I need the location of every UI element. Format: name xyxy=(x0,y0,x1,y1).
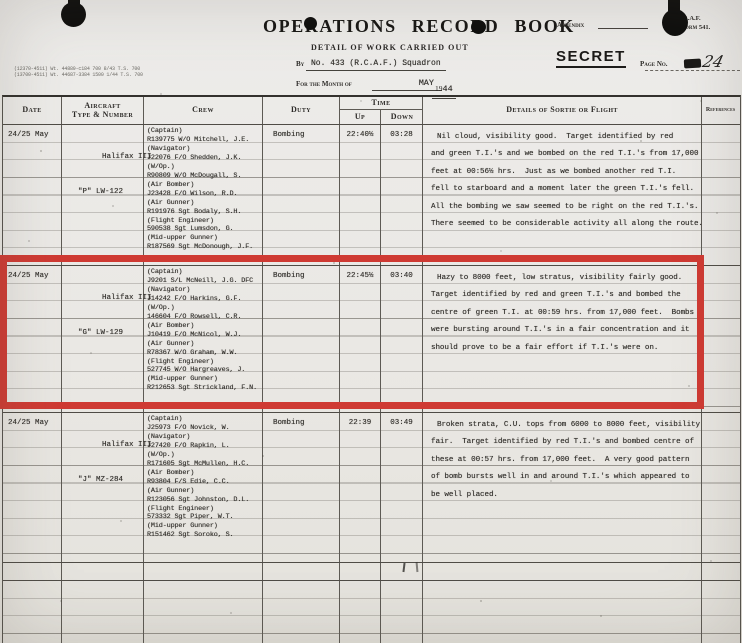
appendix-blank-line xyxy=(598,20,648,29)
table-row-sortie-3: 24/25 May Halifax III "J" MZ-284 (Captai… xyxy=(3,412,740,562)
duty-cell: Bombing xyxy=(263,125,340,265)
details-line: fell to starboard and a moment later the… xyxy=(431,181,701,199)
year-prefix: 19 xyxy=(435,84,443,93)
crew-role: (Navigator) xyxy=(147,433,262,442)
details-cell: Broken strata, C.U. tops from 6000 to 80… xyxy=(423,413,702,562)
details-line: these at 00:57 hrs. from 17,000 feet. A … xyxy=(431,452,701,470)
crew-name: R93804 F/S Edie, C.C. xyxy=(147,478,262,487)
secret-stamp: SECRET xyxy=(556,48,626,68)
page-subtitle: DETAIL OF WORK CARRIED OUT xyxy=(311,43,469,52)
details-line: feet at 00:56½ hrs. Just as we bombed an… xyxy=(431,164,701,182)
crew-name: R187569 Sgt McDonough, J.F. xyxy=(147,243,262,252)
operations-record-book-page: (12370-4511) Wt. 44889-c184 700 8/43 T.S… xyxy=(0,0,742,643)
aircraft-cell: Halifax III "J" MZ-284 xyxy=(62,413,144,562)
punch-hole-stem xyxy=(68,0,80,9)
ink-blot xyxy=(471,20,486,34)
table-header-row: Date Aircraft Type & Number Crew Duty Ti… xyxy=(3,97,740,124)
crew-role: (Captain) xyxy=(147,127,262,136)
column-header-aircraft: Aircraft Type & Number xyxy=(62,97,144,124)
crew-name: R123056 Sgt Johnston, D.L. xyxy=(147,496,262,505)
ink-smudge xyxy=(684,59,701,69)
crew-name: J23428 F/O Wilson, R.D. xyxy=(147,190,262,199)
column-header-details: Details of Sortie or Flight xyxy=(423,97,702,124)
crew-name: J22076 F/O Shedden, J.K. xyxy=(147,154,262,163)
squadron-name: No. 433 (R.C.A.F.) Squadron xyxy=(306,59,446,71)
crew-role: (Air Gunner) xyxy=(147,199,262,208)
details-line: be well placed. xyxy=(431,487,701,505)
details-line: Broken strata, C.U. tops from 6000 to 80… xyxy=(431,417,701,435)
time-down-cell: 03:49 xyxy=(381,413,423,562)
crew-role: (Air Bomber) xyxy=(147,181,262,190)
page-number-underline xyxy=(645,70,740,71)
crew-cell: (Captain)R139775 W/O Mitchell, J.E.(Navi… xyxy=(144,125,263,265)
punch-hole-stem xyxy=(668,0,680,14)
details-line: All the bombing we saw seemed to be righ… xyxy=(431,199,701,217)
page-number-value: 24 xyxy=(701,52,726,71)
references-cell xyxy=(702,125,739,265)
appendix-label: Appendix xyxy=(557,21,584,29)
column-header-date: Date xyxy=(3,97,62,124)
column-header-time: Time Up Down xyxy=(340,97,423,124)
column-header-references: References xyxy=(702,97,739,124)
crew-role: (Air Gunner) xyxy=(147,487,262,496)
details-cell: Nil cloud, visibility good. Target ident… xyxy=(423,125,702,265)
crew-role: (W/Op.) xyxy=(147,451,262,460)
duty-cell: Bombing xyxy=(263,413,340,562)
crew-name: R90809 W/O McDougall, S. xyxy=(147,172,262,181)
by-label: By xyxy=(296,60,304,68)
details-line: and green T.I.'s and we bombed on the re… xyxy=(431,146,701,164)
details-line: Nil cloud, visibility good. Target ident… xyxy=(431,129,701,147)
crew-name: J27420 F/O Rapkin, L. xyxy=(147,442,262,451)
time-up-cell: 22:39 xyxy=(340,413,381,562)
date-cell: 24/25 May xyxy=(3,413,62,562)
table-row-empty xyxy=(3,562,740,580)
crew-name: R151462 Sgt Soroko, S. xyxy=(147,531,262,540)
crew-name: J25973 F/O Novick, W. xyxy=(147,424,262,433)
aircraft-cell: Halifax III "P" LW-122 xyxy=(62,125,144,265)
ink-blot xyxy=(304,17,317,30)
crew-name: R139775 W/O Mitchell, J.E. xyxy=(147,136,262,145)
details-line: There seemed to be considerable activity… xyxy=(431,216,701,234)
aircraft-code: "J" MZ-284 xyxy=(66,472,143,490)
crew-role: (Navigator) xyxy=(147,145,262,154)
print-codes: (12370-4511) Wt. 44889-c184 700 8/43 T.S… xyxy=(14,66,143,78)
crew-role: (Captain) xyxy=(147,415,262,424)
column-header-time-down: Down xyxy=(381,110,423,124)
print-code-line: (13700-4511) Wt. 44687-3384 1500 1/44 T.… xyxy=(14,72,143,78)
time-up-cell: 22:40½ xyxy=(340,125,381,265)
column-header-duty: Duty xyxy=(263,97,340,124)
table-row-empty xyxy=(3,580,740,643)
year-value: 44 xyxy=(443,84,453,94)
month-label: For the Month of xyxy=(296,80,352,88)
column-header-crew: Crew xyxy=(144,97,263,124)
references-cell xyxy=(702,413,739,562)
crew-role: (W/Op.) xyxy=(147,163,262,172)
column-header-time-up: Up xyxy=(340,110,381,124)
crew-name: R171605 Sgt McMullen, H.C. xyxy=(147,460,262,469)
crew-name: R191976 Sgt Bodaly, S.H. xyxy=(147,208,262,217)
page-number-label: Page No. xyxy=(640,60,668,68)
references-cell xyxy=(702,266,739,412)
table-row-sortie-1: 24/25 May Halifax III "P" LW-122 (Captai… xyxy=(3,124,740,265)
crew-role: (Air Bomber) xyxy=(147,469,262,478)
date-cell: 24/25 May xyxy=(3,125,62,265)
scan-noise xyxy=(0,0,2,2)
highlight-box xyxy=(0,255,704,409)
details-line: fair. Target identified by red T.I.'s an… xyxy=(431,434,701,452)
aircraft-code: "P" LW-122 xyxy=(66,184,143,202)
time-down-cell: 03:28 xyxy=(381,125,423,265)
crew-cell: (Captain)J25973 F/O Novick, W.(Navigator… xyxy=(144,413,263,562)
details-line: of bomb bursts well in and around T.I.'s… xyxy=(431,469,701,487)
